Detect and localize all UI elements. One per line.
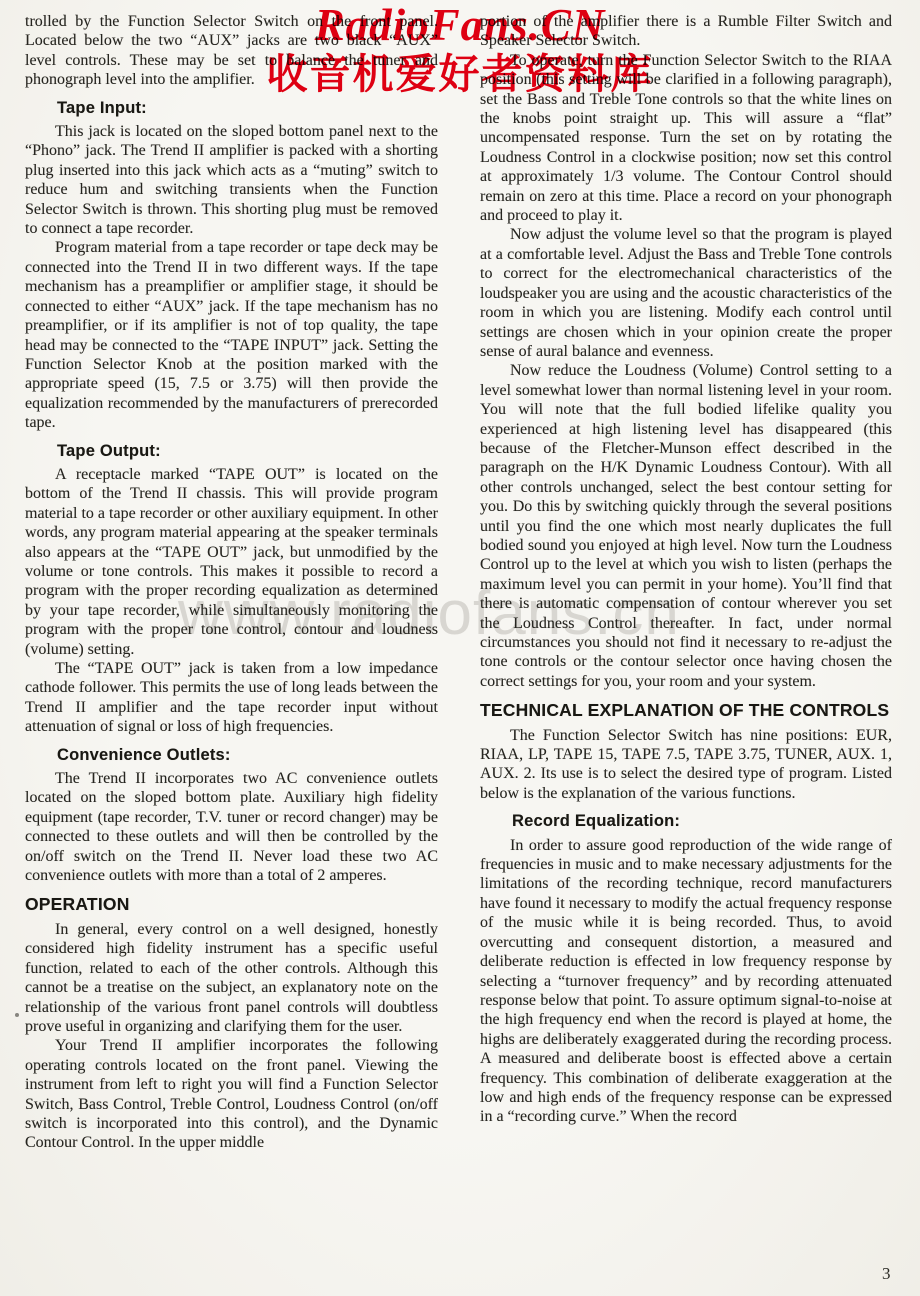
subsection-heading-convenience-outlets: Convenience Outlets:	[57, 746, 438, 765]
page-number: 3	[882, 1264, 891, 1284]
body-paragraph: Your Trend II amplifier incorporates the…	[25, 1036, 438, 1152]
left-column: trolled by the Function Selector Switch …	[25, 12, 438, 1153]
body-paragraph: To operate, turn the Function Selector S…	[480, 51, 892, 226]
scan-speck	[15, 1013, 19, 1017]
body-paragraph: This jack is located on the sloped botto…	[25, 122, 438, 238]
body-paragraph: Program material from a tape recorder or…	[25, 238, 438, 432]
body-paragraph: The “TAPE OUT” jack is taken from a low …	[25, 659, 438, 737]
body-paragraph: In order to assure good reproduction of …	[480, 836, 892, 1127]
body-paragraph: A receptacle marked “TAPE OUT” is locate…	[25, 465, 438, 659]
section-heading-operation: OPERATION	[25, 895, 438, 914]
body-paragraph: trolled by the Function Selector Switch …	[25, 12, 438, 90]
subsection-heading-tape-output: Tape Output:	[57, 442, 438, 461]
subsection-heading-record-equalization: Record Equalization:	[512, 812, 892, 831]
scanned-manual-page: RadioFans.CN 收音机爱好者资料库 www.radiofans.cn …	[0, 0, 920, 1296]
body-paragraph: In general, every control on a well desi…	[25, 920, 438, 1036]
right-column: portion of the amplifier there is a Rumb…	[480, 12, 892, 1127]
subsection-heading-tape-input: Tape Input:	[57, 99, 438, 118]
body-paragraph: The Function Selector Switch has nine po…	[480, 726, 892, 804]
body-paragraph: portion of the amplifier there is a Rumb…	[480, 12, 892, 51]
body-paragraph: The Trend II incorporates two AC conveni…	[25, 769, 438, 885]
body-paragraph: Now adjust the volume level so that the …	[480, 225, 892, 361]
section-heading-technical-explanation: TECHNICAL EXPLANATION OF THE CONTROLS	[480, 701, 892, 720]
body-paragraph: Now reduce the Loudness (Volume) Control…	[480, 361, 892, 691]
